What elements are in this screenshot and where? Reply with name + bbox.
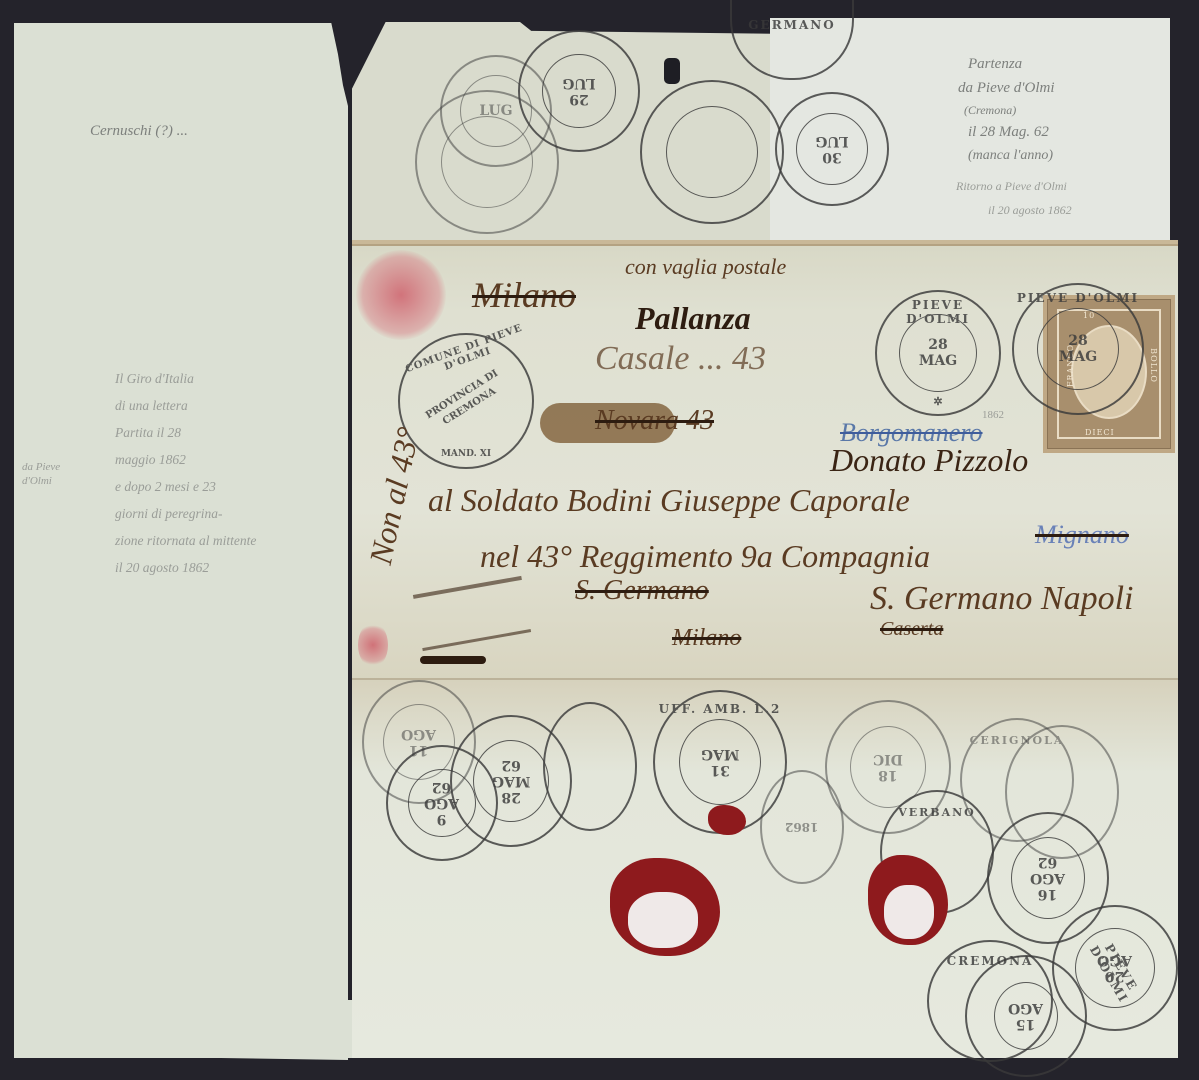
pencil-heading-note: Cernuschi (?) ... — [90, 118, 188, 144]
final-destination: S. Germano Napoli — [870, 580, 1134, 618]
paper-strip — [14, 1000, 354, 1058]
ink-dash — [420, 656, 486, 664]
note-line-faint: il 20 agosto 1862 — [988, 198, 1072, 222]
postmark-date: 1862 — [785, 819, 818, 835]
note-line: il 28 Mag. 62 — [968, 120, 1072, 144]
postmark-date: 31MAG — [701, 746, 739, 778]
red-wax-stain — [356, 250, 446, 340]
postmark-town: PIEVE D'OLMI — [877, 298, 999, 326]
postmark-pieve-dolmi-on-stamp: PIEVE D'OLMI 28MAG — [1012, 283, 1144, 415]
struck-place-novara: Novara 43 — [595, 405, 714, 437]
forwarding-note: con vaglia postale — [625, 254, 786, 280]
note-line-faint: Ritorno a Pieve d'Olmi — [956, 174, 1072, 198]
postmark — [415, 90, 559, 234]
postmark-date: 28MAG — [919, 337, 957, 369]
cachet-bottom-text: MAND. XI — [441, 449, 491, 459]
pencil-side-note: da Pieve d'Olmi — [22, 460, 60, 488]
stamp-label-right: BOLLO — [1149, 348, 1158, 383]
address-line-soldier: al Soldato Bodini Giuseppe Caporale — [428, 482, 910, 519]
note-line: (manca l'anno) — [968, 144, 1072, 168]
address-line-regiment: nel 43° Reggimento 9a Compagnia — [480, 538, 930, 575]
right-note-text: Partenza da Pieve d'Olmi (Cremona) il 28… — [968, 52, 1072, 222]
note-line: da Pieve d'Olmi — [958, 76, 1072, 100]
postmark-date: 28MAG — [1059, 333, 1097, 365]
pencil-year: 1862 — [982, 402, 1004, 428]
fold-line — [352, 244, 1178, 246]
wax-seal-fragment — [708, 805, 746, 835]
note-line: Partenza — [968, 52, 1072, 76]
postmark — [543, 702, 637, 831]
red-wax-stain — [358, 622, 388, 668]
postmark-town: VERBANO — [882, 806, 992, 819]
via-line: Casale ... 43 — [595, 340, 766, 378]
postmark-date: 15AGO — [1008, 1000, 1043, 1032]
postmark-date: 16AGO62 — [1030, 854, 1065, 902]
stamp-denomination: DIECI — [1085, 428, 1115, 437]
ink-blot — [664, 58, 680, 84]
postmark-star: ✲ — [933, 395, 942, 408]
note-line: (Cremona) — [964, 100, 1072, 120]
postmark-town: PIEVE D'OLMI — [1014, 291, 1142, 305]
fold-line — [352, 678, 1178, 680]
struck-mignano: Mignano — [1035, 520, 1129, 550]
postmark-pieve-dolmi: PIEVE D'OLMI 28MAG ✲ — [875, 290, 1001, 416]
postmark-date: 28MAG62 — [492, 757, 530, 805]
postmark-town: UFF. AMB. L.2 — [655, 702, 785, 716]
postmark-date: 30LUG — [815, 133, 848, 165]
postmark — [640, 80, 784, 224]
postmark-date: 20AGO — [1097, 952, 1132, 984]
postmark-date: 29LUG — [562, 75, 595, 107]
recipient-name: Donato Pizzolo — [830, 442, 1028, 479]
struck-city-milano: Milano — [472, 274, 576, 316]
destination-city: Pallanza — [635, 300, 751, 337]
struck-caserta: Caserta — [880, 618, 943, 641]
postmark-date: 18DIC — [873, 751, 903, 783]
struck-line: S. Germano — [575, 575, 709, 607]
postmark-pieve-dolmi-return: PIEVE D'OLMI20AGO — [1052, 905, 1178, 1031]
postmark: 30LUG — [775, 92, 889, 206]
struck-milano-2: Milano — [672, 625, 741, 652]
pencil-body-note: Il Giro d'Italia di una lettera Partita … — [115, 365, 256, 581]
